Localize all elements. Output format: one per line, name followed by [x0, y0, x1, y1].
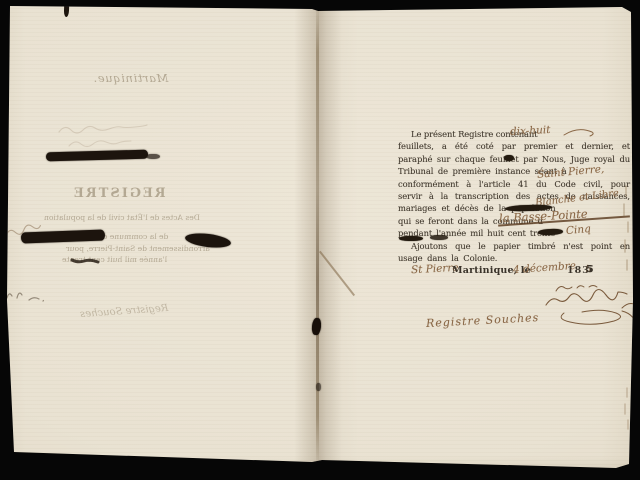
ink-blackout-below: [399, 236, 423, 241]
handwriting-flourish: [562, 127, 596, 139]
bleedthrough-souches: Registre Souches: [80, 306, 168, 317]
printed-line-5: conformément à l'article 41 du Code civi…: [398, 178, 630, 190]
top-edge-ink-drip: [64, 4, 69, 17]
ink-blackout-small: [504, 155, 514, 161]
bleedthrough-text: arrondissement de Saint-Pierre, pour: [66, 244, 210, 253]
bleedthrough-text: de la commune de: [98, 232, 168, 241]
bleedthrough-text: Des Actes de l'État civil de la populati…: [44, 213, 200, 222]
bleedthrough-title: Martinique.: [93, 71, 168, 85]
ink-blackout-below2: [430, 235, 448, 240]
scanner-bed: Martinique. REGISTRE Des Actes de l'État…: [0, 0, 640, 480]
bleedthrough-title-text: Martinique.: [93, 71, 168, 85]
bleedthrough-para-line: de la commune de: [98, 232, 168, 241]
spine-ink-dot: [316, 383, 321, 391]
struck-word-scribble: [70, 255, 102, 265]
ink-smear: [46, 150, 148, 162]
fore-edge-marks: [620, 182, 632, 272]
spine-crease: [316, 6, 319, 462]
bleedthrough-heading: REGISTRE: [72, 186, 166, 201]
printed-line-2: feuillets, a été coté par premier et der…: [398, 140, 630, 152]
book-page-spread: Martinique. REGISTRE Des Actes de l'État…: [0, 0, 640, 480]
handwritten-dixhuit: dix-huit: [510, 124, 551, 138]
signature: [542, 283, 640, 328]
bleedthrough-para-line: arrondissement de Saint-Pierre, pour: [66, 244, 210, 253]
souches-note: Registre Souches: [426, 311, 540, 330]
printed-line-10: Ajoutons que le papier timbré n'est poin…: [398, 240, 630, 252]
handwritten-cinq: Cinq: [566, 223, 592, 237]
bleedthrough-souches-text: Registre Souches: [80, 303, 169, 320]
overwritten-year-digit: 5: [586, 264, 594, 275]
bleedthrough-handwriting-squiggle: [55, 120, 170, 154]
ink-smear-tail: [146, 154, 160, 159]
fore-edge-marks-lower: [622, 385, 632, 440]
bleedthrough-para-line: Des Actes de l'État civil de la populati…: [44, 213, 200, 222]
bleedthrough-heading-text: REGISTRE: [72, 186, 166, 201]
corner-ink-marks: [4, 286, 44, 306]
